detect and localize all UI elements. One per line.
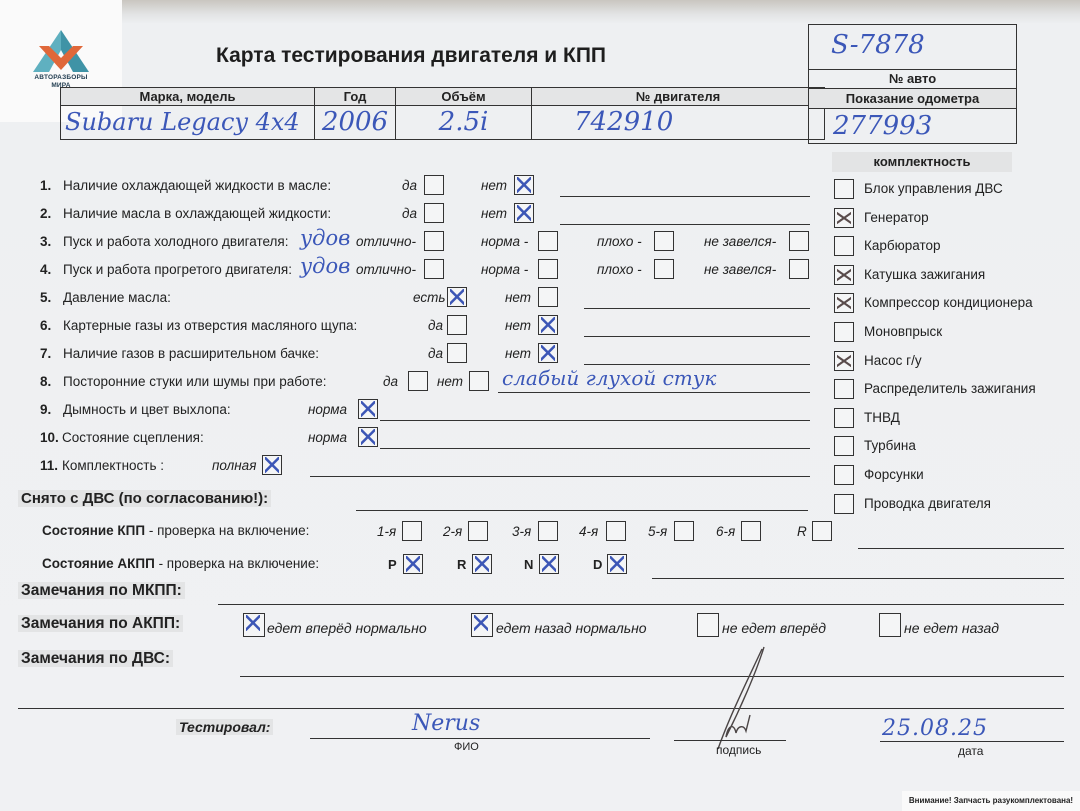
- check-option-checkbox[interactable]: [262, 455, 282, 475]
- check-option-checkbox[interactable]: [469, 371, 489, 391]
- check-label: Наличие масла в охлаждающей жидкости:: [63, 206, 331, 221]
- completeness-item-label: Компрессор кондиционера: [864, 295, 1033, 310]
- completeness-item-label: Моновпрыск: [864, 324, 942, 339]
- check-option-checkbox[interactable]: [447, 315, 467, 335]
- akpp-gear-checkbox[interactable]: [607, 554, 627, 574]
- check-option-checkbox[interactable]: [424, 203, 444, 223]
- check-note-line[interactable]: [498, 392, 810, 393]
- check-option-checkbox[interactable]: [358, 399, 378, 419]
- akpp-remark-label: едет вперёд нормально: [267, 620, 427, 636]
- akpp-remark-label: не едет назад: [904, 620, 999, 636]
- car-number-value[interactable]: S-7878: [808, 24, 1017, 70]
- check-option-label: не завелся-: [704, 234, 776, 249]
- check-option-label: не завелся-: [704, 262, 776, 277]
- odometer-label: Показание одометра: [808, 88, 1017, 109]
- check-number: 10.: [40, 430, 59, 445]
- akpp-remark-checkbox[interactable]: [471, 613, 493, 637]
- check-label: Комплектность :: [62, 458, 164, 473]
- check-number: 8.: [40, 374, 51, 389]
- kpp-gear-label: 2-я: [443, 524, 462, 539]
- check-option-label: да: [402, 178, 417, 193]
- check-number: 2.: [40, 206, 51, 221]
- akpp-gear-checkbox[interactable]: [472, 554, 492, 574]
- kpp-gear-checkbox[interactable]: [812, 521, 832, 541]
- remarks-dvs-label: Замечания по ДВС:: [18, 650, 173, 668]
- akpp-gear-label: D: [593, 557, 602, 572]
- signature-caption: подпись: [716, 743, 761, 757]
- tester-name-caption: ФИО: [454, 741, 479, 753]
- kpp-gear-label: 1-я: [377, 524, 396, 539]
- kpp-gear-label: 4-я: [579, 524, 598, 539]
- page-title: Карта тестирования двигателя и КПП: [216, 44, 606, 68]
- check-note-line[interactable]: [584, 308, 810, 309]
- kpp-gear-checkbox[interactable]: [606, 521, 626, 541]
- check-option-label: нет: [505, 290, 531, 305]
- check-label: Состояние сцепления:: [62, 430, 204, 445]
- completeness-checkbox[interactable]: [834, 436, 854, 456]
- completeness-item-label: Карбюратор: [864, 238, 941, 253]
- kpp-gear-label: 5-я: [648, 524, 667, 539]
- akpp-gear-label: P: [388, 557, 397, 572]
- check-number: 5.: [40, 290, 51, 305]
- check-option-label: да: [428, 346, 443, 361]
- check-label: Картерные газы из отверстия масляного щу…: [63, 318, 357, 333]
- akpp-remark-label: не едет вперёд: [722, 620, 826, 636]
- logo-icon: [33, 30, 89, 72]
- check-option-checkbox[interactable]: [514, 203, 534, 223]
- akpp-remark-checkbox[interactable]: [879, 613, 901, 637]
- check-option-checkbox[interactable]: [789, 259, 809, 279]
- completeness-checkbox[interactable]: [834, 179, 854, 199]
- completeness-checkbox[interactable]: [834, 465, 854, 485]
- kpp-note-line: [858, 548, 1064, 549]
- tested-by-label: Тестировал:: [176, 719, 273, 735]
- completeness-checkbox[interactable]: [834, 322, 854, 342]
- check-option-label: норма -: [481, 234, 528, 249]
- check-handwritten-note: слабый глухой стук: [502, 366, 716, 390]
- completeness-item-label: Распределитель зажигания: [864, 381, 1036, 396]
- check-option-label: отлично-: [356, 234, 416, 249]
- check-number: 11.: [40, 458, 58, 473]
- check-option-label: нет: [481, 206, 507, 221]
- removed-label: Снято с ДВС (по согласованию!):: [18, 490, 271, 507]
- check-option-checkbox[interactable]: [514, 175, 534, 195]
- completeness-checkbox[interactable]: [834, 293, 854, 313]
- check-option-checkbox[interactable]: [424, 175, 444, 195]
- check-label: Наличие газов в расширительном бачке:: [63, 346, 319, 361]
- completeness-checkbox[interactable]: [834, 379, 854, 399]
- check-option-checkbox[interactable]: [538, 259, 558, 279]
- tester-name-line: [310, 738, 650, 739]
- check-option-label: нет: [437, 374, 463, 389]
- check-label: Пуск и работа прогретого двигателя:: [63, 262, 292, 277]
- col-header-engine-number: № двигателя: [532, 88, 825, 106]
- completeness-checkbox[interactable]: [834, 408, 854, 428]
- check-number: 7.: [40, 346, 51, 361]
- check-option-checkbox[interactable]: [789, 231, 809, 251]
- check-option-checkbox[interactable]: [654, 231, 674, 251]
- year-value[interactable]: 2006: [315, 106, 396, 140]
- col-header-year: Год: [315, 88, 396, 106]
- completeness-item-label: ТНВД: [864, 410, 900, 425]
- completeness-checkbox[interactable]: [834, 236, 854, 256]
- completeness-item-label: Турбина: [864, 438, 916, 453]
- kpp-gear-checkbox[interactable]: [741, 521, 761, 541]
- completeness-item-label: Насос г/у: [864, 353, 922, 368]
- logo-text-line1: АВТОРАЗБОРЫ: [0, 74, 122, 81]
- remarks-akpp-label: Замечания по АКПП:: [18, 615, 183, 633]
- completeness-checkbox[interactable]: [834, 494, 854, 514]
- signature-line: [674, 740, 786, 741]
- check-option-label: норма: [308, 430, 347, 445]
- check-option-checkbox[interactable]: [447, 343, 467, 363]
- check-number: 9.: [40, 402, 51, 417]
- removed-line: [356, 510, 808, 511]
- vehicle-info-table: Марка, модель Год Объём № двигателя Suba…: [60, 87, 825, 140]
- signature-icon: [690, 645, 780, 755]
- check-option-checkbox[interactable]: [654, 259, 674, 279]
- odometer-value[interactable]: 277993: [808, 108, 1017, 144]
- completeness-title: комплектность: [832, 152, 1012, 172]
- akpp-gear-label: N: [524, 557, 533, 572]
- check-note-line[interactable]: [380, 448, 810, 449]
- check-option-label: нет: [505, 346, 531, 361]
- check-option-label: есть: [413, 290, 445, 305]
- kpp-gear-label: 3-я: [512, 524, 531, 539]
- check-option-label: отлично-: [356, 262, 416, 277]
- engine-number-value[interactable]: 742910: [532, 106, 825, 140]
- date-caption: дата: [958, 744, 983, 758]
- check-option-checkbox[interactable]: [538, 231, 558, 251]
- check-number: 3.: [40, 234, 51, 249]
- check-note-line[interactable]: [380, 420, 810, 421]
- check-option-checkbox[interactable]: [424, 259, 444, 279]
- check-handwritten-note: удов: [300, 254, 350, 278]
- check-number: 6.: [40, 318, 51, 333]
- kpp-gear-checkbox[interactable]: [674, 521, 694, 541]
- check-label: Дымность и цвет выхлопа:: [63, 402, 231, 417]
- completeness-item-label: Проводка двигателя: [864, 496, 991, 511]
- check-label: Пуск и работа холодного двигателя:: [63, 234, 289, 249]
- check-option-checkbox[interactable]: [538, 343, 558, 363]
- akpp-label: Состояние АКПП - проверка на включение:: [42, 556, 319, 571]
- check-option-label: плохо -: [597, 262, 642, 277]
- warning-banner: Внимание! Запчасть разукомплектована!: [902, 791, 1080, 811]
- kpp-gear-label: R: [797, 524, 807, 539]
- date-value[interactable]: 25.08.25: [882, 716, 988, 741]
- check-note-line[interactable]: [310, 476, 810, 477]
- check-note-line[interactable]: [560, 196, 810, 197]
- volume-value[interactable]: 2.5i: [396, 106, 532, 140]
- kpp-label: Состояние КПП - проверка на включение:: [42, 523, 309, 538]
- remarks-mkpp-label: Замечания по МКПП:: [18, 582, 185, 600]
- completeness-item-label: Форсунки: [864, 467, 924, 482]
- check-option-checkbox[interactable]: [358, 427, 378, 447]
- completeness-item-label: Катушка зажигания: [864, 267, 985, 282]
- remarks-mkpp-line[interactable]: [218, 604, 1064, 605]
- model-value[interactable]: Subaru Legacy 4x4: [61, 106, 315, 140]
- remarks-dvs-line-2[interactable]: [18, 708, 1064, 709]
- kpp-gear-checkbox[interactable]: [402, 521, 422, 541]
- kpp-gear-label: 6-я: [716, 524, 735, 539]
- check-option-label: норма -: [481, 262, 528, 277]
- car-number-label: № авто: [808, 69, 1017, 89]
- check-option-checkbox[interactable]: [538, 287, 558, 307]
- check-option-checkbox[interactable]: [538, 315, 558, 335]
- check-note-line[interactable]: [584, 364, 810, 365]
- check-handwritten-note: удов: [300, 226, 350, 250]
- tester-name-value[interactable]: Nerus: [412, 711, 480, 736]
- completeness-checkbox[interactable]: [834, 208, 854, 228]
- check-option-label: нет: [505, 318, 531, 333]
- akpp-gear-checkbox[interactable]: [539, 554, 559, 574]
- check-note-line[interactable]: [560, 224, 810, 225]
- kpp-gear-checkbox[interactable]: [468, 521, 488, 541]
- completeness-checkbox[interactable]: [834, 351, 854, 371]
- akpp-note-line: [652, 578, 1064, 579]
- check-number: 1.: [40, 178, 51, 193]
- check-option-label: да: [402, 206, 417, 221]
- completeness-item-label: Блок управления ДВС: [864, 181, 1003, 196]
- check-option-label: плохо -: [597, 234, 642, 249]
- check-option-checkbox[interactable]: [408, 371, 428, 391]
- akpp-gear-label: R: [457, 557, 466, 572]
- col-header-volume: Объём: [396, 88, 532, 106]
- check-number: 4.: [40, 262, 51, 277]
- check-label: Давление масла:: [63, 290, 171, 305]
- check-label: Посторонние стуки или шумы при работе:: [63, 374, 327, 389]
- completeness-item-label: Генератор: [864, 210, 929, 225]
- check-option-label: полная: [212, 458, 256, 473]
- date-line: [880, 741, 1064, 742]
- check-option-checkbox[interactable]: [447, 287, 467, 307]
- check-option-checkbox[interactable]: [424, 231, 444, 251]
- akpp-remark-label: едет назад нормально: [496, 620, 647, 636]
- check-option-label: да: [428, 318, 443, 333]
- remarks-dvs-line[interactable]: [240, 676, 1064, 677]
- col-header-model: Марка, модель: [61, 88, 315, 106]
- engine-test-card: АВТОРАЗБОРЫ МИРА Карта тестирования двиг…: [0, 0, 1080, 811]
- akpp-gear-checkbox[interactable]: [403, 554, 423, 574]
- check-note-line[interactable]: [584, 336, 810, 337]
- check-option-label: норма: [308, 402, 347, 417]
- check-option-label: нет: [481, 178, 507, 193]
- completeness-checkbox[interactable]: [834, 265, 854, 285]
- check-label: Наличие охлаждающей жидкости в масле:: [63, 178, 331, 193]
- akpp-remark-checkbox[interactable]: [243, 613, 265, 637]
- kpp-gear-checkbox[interactable]: [538, 521, 558, 541]
- akpp-remark-checkbox[interactable]: [697, 613, 719, 637]
- check-option-label: да: [383, 374, 398, 389]
